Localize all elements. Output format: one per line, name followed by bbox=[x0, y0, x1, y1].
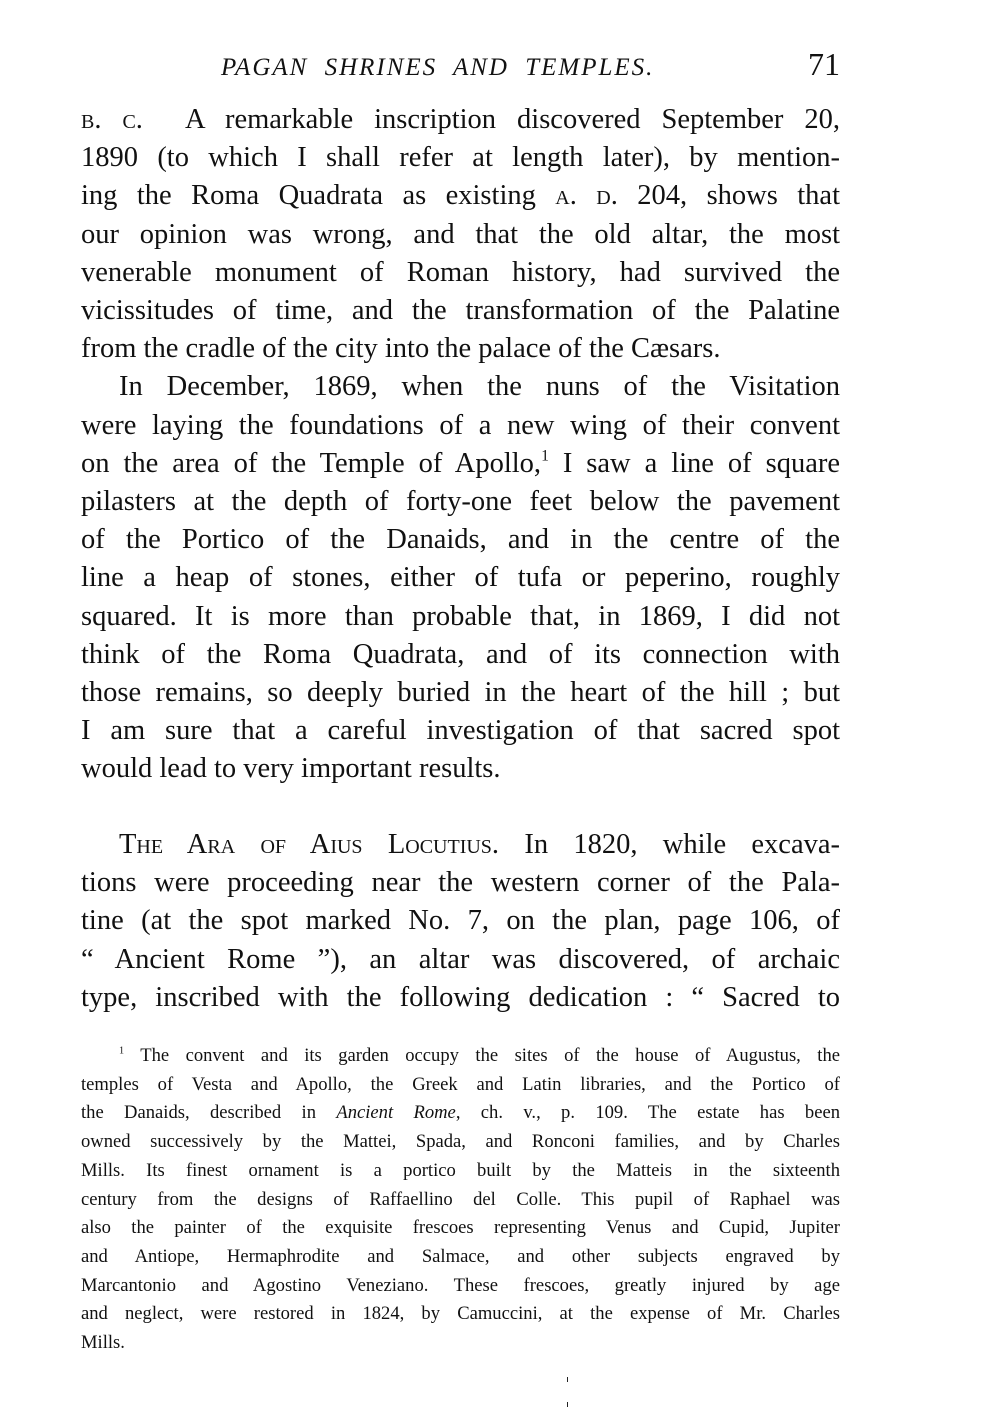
text-line: temples of Vesta and Apollo, the Greek a… bbox=[81, 1071, 840, 1100]
era-abbreviation: a. d. bbox=[555, 180, 618, 211]
text-line: type, inscribed with the following dedic… bbox=[81, 979, 840, 1017]
text-line: In December, 1869, when the nuns of the … bbox=[81, 368, 840, 406]
book-title-italic: Ancient Rome bbox=[336, 1102, 455, 1123]
text-line: Mills. bbox=[81, 1329, 840, 1358]
footnote: 1 The convent and its garden occupy the … bbox=[81, 1042, 840, 1358]
era-abbreviation: b. c. bbox=[81, 104, 143, 135]
running-head: PAGAN SHRINES AND TEMPLES. 71 bbox=[81, 46, 840, 86]
text-line: Marcantonio and Agostino Veneziano. Thes… bbox=[81, 1272, 840, 1301]
text-line: and neglect, were restored in 1824, by C… bbox=[81, 1300, 840, 1329]
text-line: were laying the foundations of a new win… bbox=[81, 407, 840, 445]
text-line: b. c. A remarkable inscription discovere… bbox=[81, 101, 840, 139]
text-line: think of the Roma Quadrata, and of its c… bbox=[81, 636, 840, 674]
running-title: PAGAN SHRINES AND TEMPLES. bbox=[221, 54, 654, 82]
text-line: vicissitudes of time, and the transforma… bbox=[81, 292, 840, 330]
text-line: pilasters at the depth of forty-one feet… bbox=[81, 483, 840, 521]
text-line: I am sure that a careful investigation o… bbox=[81, 712, 840, 750]
text-line: those remains, so deeply buried in the h… bbox=[81, 674, 840, 712]
text-line: from the cradle of the city into the pal… bbox=[81, 330, 840, 368]
text-line: line a heap of stones, either of tufa or… bbox=[81, 559, 840, 597]
text-line: tions were proceeding near the western c… bbox=[81, 864, 840, 902]
section-ara-of-aius-locutius: The Ara of Aius Locutius. In 1820, while… bbox=[81, 826, 840, 1017]
text-line: ing the Roma Quadrata as existing a. d. … bbox=[81, 177, 840, 215]
text-line: of the Portico of the Danaids, and in th… bbox=[81, 521, 840, 559]
text-line: The Ara of Aius Locutius. In 1820, while… bbox=[81, 826, 840, 864]
text-line: our opinion was wrong, and that the old … bbox=[81, 216, 840, 254]
text-line: 1 The convent and its garden occupy the … bbox=[81, 1042, 840, 1071]
paragraph-december-1869: In December, 1869, when the nuns of the … bbox=[81, 368, 840, 788]
text-line: century from the designs of Raffaellino … bbox=[81, 1186, 840, 1215]
text-line: also the painter of the exquisite fresco… bbox=[81, 1214, 840, 1243]
text-line: would lead to very important results. bbox=[81, 750, 840, 788]
text-line: squared. It is more than probable that, … bbox=[81, 598, 840, 636]
scan-artifact bbox=[567, 1402, 568, 1407]
footnote-reference[interactable]: 1 bbox=[541, 447, 549, 464]
section-heading: The Ara of Aius Locutius. bbox=[119, 829, 499, 860]
page-number: 71 bbox=[808, 46, 840, 83]
text-line: the Danaids, described in Ancient Rome, … bbox=[81, 1099, 840, 1128]
text-line: owned successively by the Mattei, Spada,… bbox=[81, 1128, 840, 1157]
scan-artifact bbox=[567, 1377, 568, 1382]
text-line: tine (at the spot marked No. 7, on the p… bbox=[81, 902, 840, 940]
text-line: venerable monument of Roman history, had… bbox=[81, 254, 840, 292]
text-line: Mills. Its finest ornament is a portico … bbox=[81, 1157, 840, 1186]
body-text: b. c. A remarkable inscription discovere… bbox=[81, 101, 840, 789]
paragraph-continuation: b. c. A remarkable inscription discovere… bbox=[81, 101, 840, 368]
text-line: 1890 (to which I shall refer at length l… bbox=[81, 139, 840, 177]
text-line: and Antiope, Hermaphrodite and Salmace, … bbox=[81, 1243, 840, 1272]
text-line: on the area of the Temple of Apollo,1 I … bbox=[81, 445, 840, 483]
text-line: “ Ancient Rome ”), an altar was discover… bbox=[81, 941, 840, 979]
